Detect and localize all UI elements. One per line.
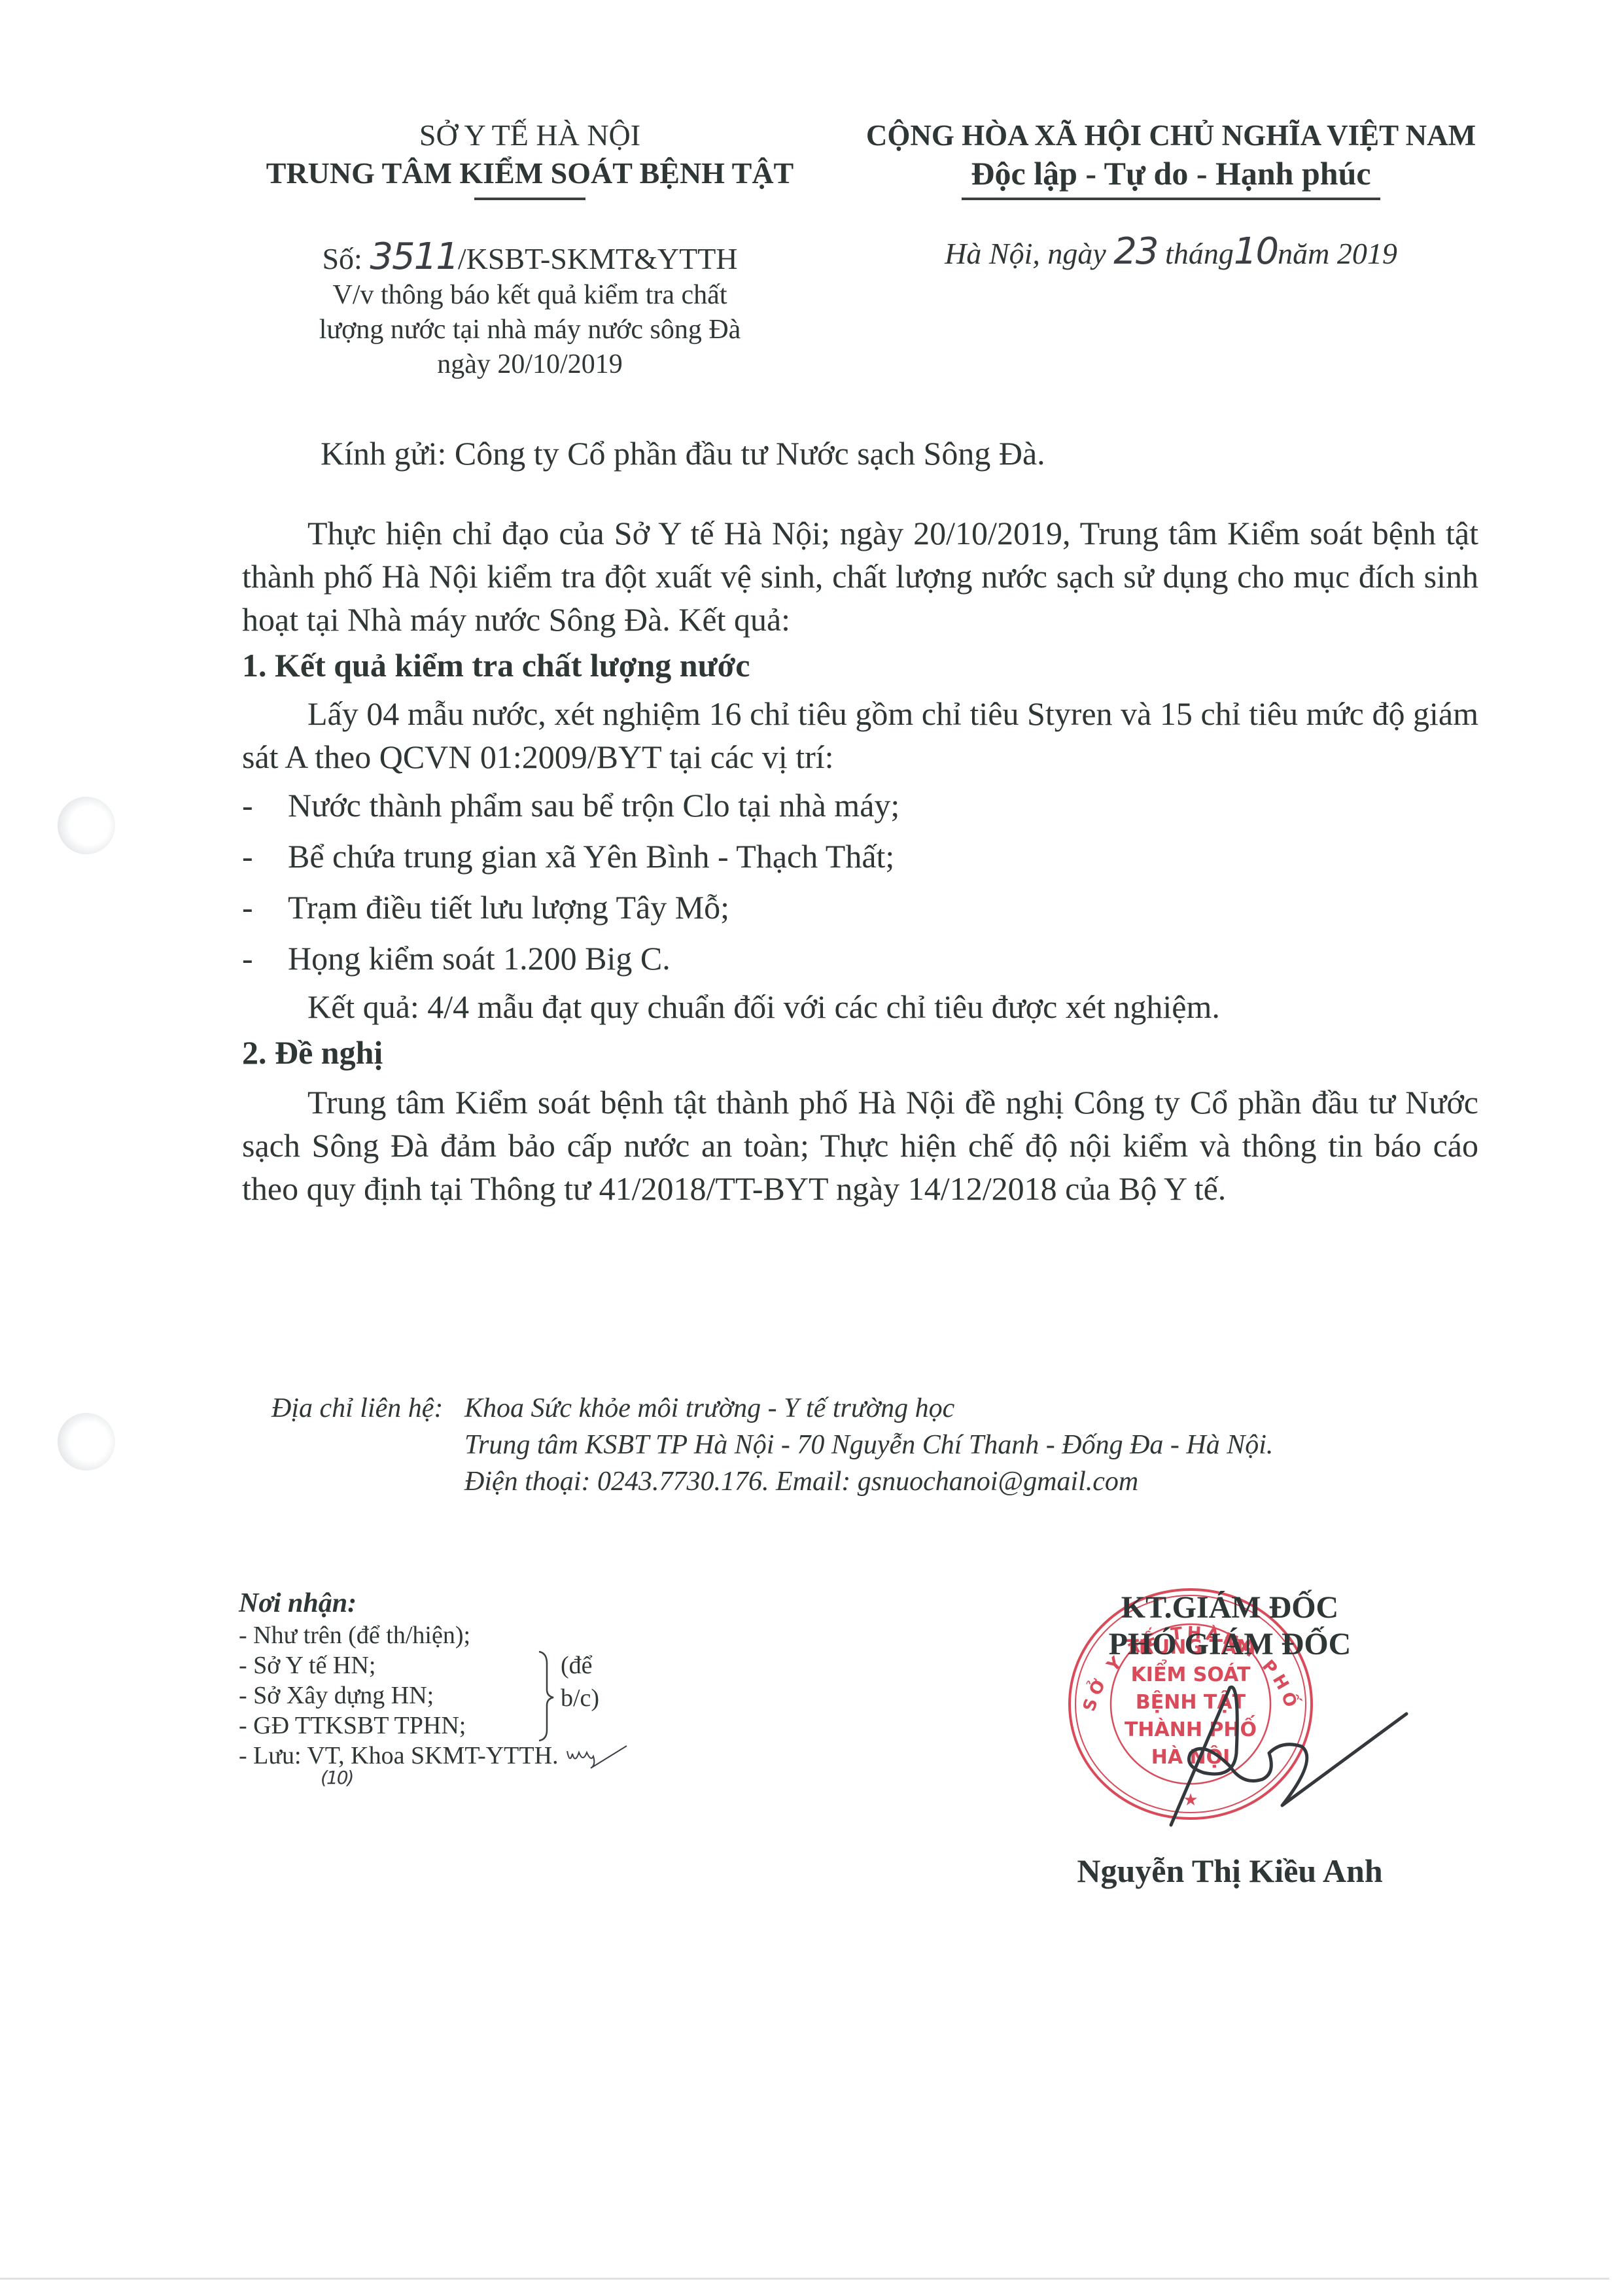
- date-day-handwritten: 23: [1113, 230, 1157, 273]
- section1-heading: 1. Kết quả kiểm tra chất lượng nước: [242, 644, 1478, 687]
- contact-label: Địa chỉ liên hệ:: [271, 1390, 464, 1500]
- recipient-item: - Sở Y tế HN;: [239, 1650, 762, 1680]
- section1-result: Kết quả: 4/4 mẫu đạt quy chuẩn đối với c…: [242, 985, 1478, 1028]
- section2-paragraph: Trung tâm Kiểm soát bệnh tật thành phố H…: [242, 1081, 1478, 1210]
- contact-block: Địa chỉ liên hệ: Khoa Sức khỏe môi trườn…: [271, 1390, 1514, 1500]
- doc-number-handwritten: 3511: [370, 235, 458, 278]
- list-item: - Bể chứa trung gian xã Yên Bình - Thạch…: [242, 835, 1478, 878]
- contact-address: Trung tâm KSBT TP Hà Nội - 70 Nguyễn Chí…: [464, 1427, 1273, 1463]
- recipients-title: Nơi nhận:: [239, 1586, 762, 1620]
- bracket-note-line2: b/c): [561, 1683, 599, 1713]
- scan-edge-line: [0, 2278, 1609, 2280]
- place-date: Hà Nội, ngày 23 tháng10năm 2019: [831, 233, 1511, 273]
- contact-phone-email: Điện thoại: 0243.7730.176. Email: gsnuoc…: [464, 1463, 1273, 1500]
- agency-name: TRUNG TÂM KIỂM SOÁT BỆNH TẬT: [242, 154, 818, 192]
- bracket-note-line1: (để: [561, 1650, 593, 1680]
- location-text: Nước thành phẩm sau bể trộn Clo tại nhà …: [288, 784, 899, 827]
- date-month-handwritten: 10: [1234, 230, 1278, 273]
- recipient-item: - GĐ TTKSBT TPHN;: [239, 1711, 762, 1741]
- date-month-label: tháng: [1165, 237, 1234, 270]
- archive-text: - Lưu: VT, Khoa SKMT-YTTH.: [239, 1742, 559, 1769]
- contact-department: Khoa Sức khỏe môi trường - Y tế trường h…: [464, 1390, 1273, 1427]
- document-number: Số: 3511/KSBT-SKMT&YTTH: [242, 238, 818, 278]
- punch-hole-icon: [58, 797, 115, 854]
- sampling-locations-list: - Nước thành phẩm sau bể trộn Clo tại nh…: [242, 784, 1478, 980]
- bullet-marker: -: [242, 835, 288, 878]
- bullet-marker: -: [242, 937, 288, 980]
- doc-number-suffix: /KSBT-SKMT&YTTH: [458, 242, 738, 275]
- national-motto: Độc lập - Tự do - Hạnh phúc: [831, 154, 1511, 192]
- date-year: năm 2019: [1278, 237, 1397, 270]
- agency-parent: SỞ Y TẾ HÀ NỘI: [242, 116, 818, 154]
- section1-paragraph: Lấy 04 mẫu nước, xét nghiệm 16 chỉ tiêu …: [242, 692, 1478, 778]
- punch-hole-icon: [58, 1413, 115, 1470]
- issuing-agency-block: SỞ Y TẾ HÀ NỘI TRUNG TÂM KIỂM SOÁT BỆNH …: [242, 116, 818, 382]
- agency-underline: [474, 198, 585, 200]
- subject-line-1: V/v thông báo kết quả kiểm tra chất: [242, 278, 818, 313]
- intro-paragraph: Thực hiện chỉ đạo của Sở Y tế Hà Nội; ng…: [242, 512, 1478, 641]
- list-item: - Nước thành phẩm sau bể trộn Clo tại nh…: [242, 784, 1478, 827]
- list-item: - Trạm điều tiết lưu lượng Tây Mỗ;: [242, 886, 1478, 929]
- recipients-block: Nơi nhận: - Như trên (để th/hiện); - Sở …: [239, 1586, 762, 1788]
- signature-title: PHÓ GIÁM ĐỐC: [1001, 1626, 1459, 1663]
- brace-icon: [536, 1650, 556, 1742]
- list-item: - Họng kiểm soát 1.200 Big C.: [242, 937, 1478, 980]
- location-text: Bể chứa trung gian xã Yên Bình - Thạch T…: [288, 835, 894, 878]
- handwritten-signature-icon: [1151, 1675, 1413, 1838]
- location-text: Họng kiểm soát 1.200 Big C.: [288, 937, 671, 980]
- national-header-block: CỘNG HÒA XÃ HỘI CHỦ NGHĨA VIỆT NAM Độc l…: [831, 116, 1511, 273]
- recipient-item: - Như trên (để th/hiện);: [239, 1620, 762, 1650]
- motto-underline: [962, 198, 1380, 200]
- bullet-marker: -: [242, 886, 288, 929]
- recipient-line: Kính gửi: Công ty Cổ phần đầu tư Nước sạ…: [321, 432, 1433, 475]
- location-text: Trạm điều tiết lưu lượng Tây Mỗ;: [288, 886, 729, 929]
- signature-on-behalf: KT.GIÁM ĐỐC: [1001, 1590, 1459, 1626]
- signature-block: KT.GIÁM ĐỐC PHÓ GIÁM ĐỐC: [1001, 1590, 1459, 1663]
- initials-scribble-icon: [565, 1745, 630, 1771]
- date-prefix: Hà Nội, ngày: [945, 237, 1106, 270]
- subject-line-2: lượng nước tại nhà máy nước sông Đà: [242, 313, 818, 347]
- section2-heading: 2. Đề nghị: [242, 1031, 1478, 1074]
- recipient-item: - Sở Xây dựng HN;: [239, 1680, 762, 1711]
- country-name: CỘNG HÒA XÃ HỘI CHỦ NGHĨA VIỆT NAM: [831, 116, 1511, 154]
- signer-name: Nguyễn Thị Kiều Anh: [1001, 1851, 1459, 1890]
- doc-number-prefix: Số:: [322, 242, 362, 275]
- letter-body: Thực hiện chỉ đạo của Sở Y tế Hà Nội; ng…: [242, 512, 1478, 1210]
- subject-line-3: ngày 20/10/2019: [242, 347, 818, 382]
- bullet-marker: -: [242, 784, 288, 827]
